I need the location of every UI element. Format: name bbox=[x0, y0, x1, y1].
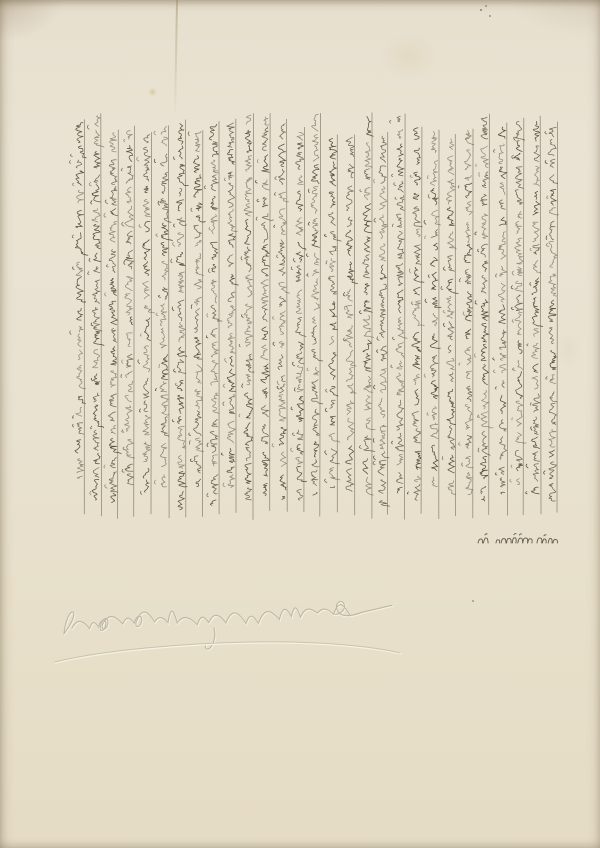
ruled-lines bbox=[84, 113, 557, 520]
stroke bbox=[64, 602, 392, 650]
manuscript-page: ๒๔ เมษายน ๒๔๖๔ bbox=[0, 0, 600, 848]
stroke bbox=[478, 534, 557, 543]
handwritten-script-block bbox=[70, 114, 559, 510]
stroke bbox=[84, 113, 557, 520]
stroke bbox=[72, 114, 558, 495]
stroke bbox=[70, 116, 558, 506]
stroke bbox=[73, 117, 557, 510]
signature bbox=[55, 602, 401, 663]
stroke bbox=[55, 642, 400, 662]
manuscript-art bbox=[0, 0, 600, 848]
plate-caption bbox=[478, 534, 557, 543]
